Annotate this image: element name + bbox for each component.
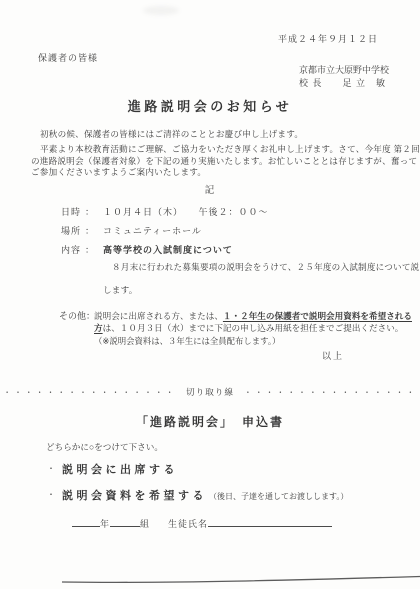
form-option-attend: ・説明会に出席する — [47, 461, 178, 477]
document-title: 進路説明会のお知らせ — [0, 100, 420, 113]
school-name: 京都市立大原野中学校 — [299, 66, 389, 75]
cut-line: ･ ･ ･ ･ ･ ･ ･ ･ ･ ･ ･ ･ ･ ･ ･ ･ ･ ･ 切り取り… — [0, 388, 420, 397]
option-materials-note: （後日、子達を通してお渡しします。） — [209, 492, 348, 501]
document-page: 平成２４年９月１２日 保護者の皆様 京都市立大原野中学校 校 長 足 立 敏 進… — [0, 0, 420, 589]
place-value: コミュニティーホール — [103, 226, 202, 236]
content-note-line-2: します。 — [103, 286, 138, 295]
content-note-line-1: ８月末に行われた募集要項の説明会をうけて、２５年度の入試制度について説明 — [112, 263, 420, 272]
other-line-2-rest: は、１０月３日（水）までに下記の申し込み用紙を担任までご提出ください。 — [103, 323, 404, 333]
sender-block: 京都市立大原野中学校 校 長 足 立 敏 — [299, 66, 389, 88]
greeting-paragraph-1: 初秋の候、保護者の皆様にはご清祥のこととお慶び申し上げます。 — [31, 130, 396, 139]
option-materials-label: 説明会資料を希望する — [62, 490, 207, 502]
greeting-paragraph-2-line-3: ご参加くださいますようご案内いたします。 — [31, 167, 396, 179]
document-date: 平成２４年９月１２日 — [278, 35, 378, 44]
class-blank-field — [110, 518, 140, 527]
form-instruction: どちらかに○をつけて下さい。 — [46, 443, 163, 452]
cut-line-label: 切り取り線 — [186, 388, 234, 397]
form-option-materials: ・説明会資料を希望する（後日、子達を通してお渡しします。） — [47, 487, 348, 503]
ki-marker: 記 — [0, 186, 420, 196]
other-line-2-underlined: 方 — [94, 323, 103, 333]
form-title: 「進路説明会」 申込書 — [0, 416, 420, 428]
place-separator: ： — [85, 227, 103, 236]
other-line-1-underlined: １・２年生の保護者で説明会用資料を希望される — [223, 311, 412, 321]
other-line-1-pre: 説明会に出席される方、または、 — [94, 311, 223, 321]
other-line-1: 説明会に出席される方、または、１・２年生の保護者で説明会用資料を希望される — [94, 312, 412, 321]
class-label: 組 — [140, 519, 150, 529]
content-label: 内容 — [61, 246, 85, 255]
content-separator: ： — [85, 246, 103, 255]
detail-row-content: 内容：高等学校の入試制度について — [61, 246, 233, 255]
bullet-icon: ・ — [47, 464, 55, 473]
principal-name: 校 長 足 立 敏 — [299, 79, 389, 88]
detail-row-place: 場所：コミュニティーホール — [61, 227, 202, 236]
scan-smudge-artifact — [143, 6, 179, 15]
other-line-2: 方は、１０月３日（水）までに下記の申し込み用紙を担任までご提出ください。 — [94, 324, 403, 333]
cut-line-dots-left: ･ ･ ･ ･ ･ ･ ･ ･ ･ ･ ･ ･ ･ ･ ･ ･ ･ ･ — [0, 389, 174, 397]
year-label: 年 — [100, 519, 110, 529]
year-blank-field — [72, 518, 100, 527]
content-value: 高等学校の入試制度について — [103, 245, 233, 255]
greeting-paragraph-2: 平素より本校教育活動にご理解、ご協力をいただき厚くお礼申し上げます。さて、今年度… — [31, 144, 396, 179]
other-line-3: （※説明会資料は、３年生には全員配布します。） — [94, 337, 280, 345]
datetime-separator: ： — [85, 208, 103, 217]
closing-marker: 以上 — [322, 352, 344, 361]
datetime-label: 日時 — [61, 208, 85, 217]
greeting-paragraph-2-line-2: の進路説明会（保護者対象）を下記の通り実施いたします。お忙しいこととは存じますが… — [31, 156, 396, 168]
student-name-label: 生徒氏名 — [168, 519, 208, 529]
cut-line-dots-right: ･ ･ ･ ･ ･ ･ ･ ･ ･ ･ ･ ･ ･ ･ ･ ･ ･ ･ — [246, 389, 420, 397]
place-label: 場所 — [61, 227, 85, 236]
student-name-blank-field — [208, 518, 332, 527]
detail-row-datetime: 日時：１０月４日（木） 午後２：００～ — [61, 208, 269, 217]
bullet-icon: ・ — [47, 490, 55, 499]
option-attend-label: 説明会に出席する — [62, 464, 178, 476]
recipient-line: 保護者の皆様 — [38, 54, 98, 63]
student-info-line: 年組生徒氏名 — [72, 518, 332, 529]
datetime-value: １０月４日（木） 午後２：００～ — [103, 207, 269, 217]
other-label: その他： — [59, 312, 95, 321]
greeting-paragraph-2-line-1: 平素より本校教育活動にご理解、ご協力をいただき厚くお礼申し上げます。さて、今年度… — [31, 144, 396, 156]
